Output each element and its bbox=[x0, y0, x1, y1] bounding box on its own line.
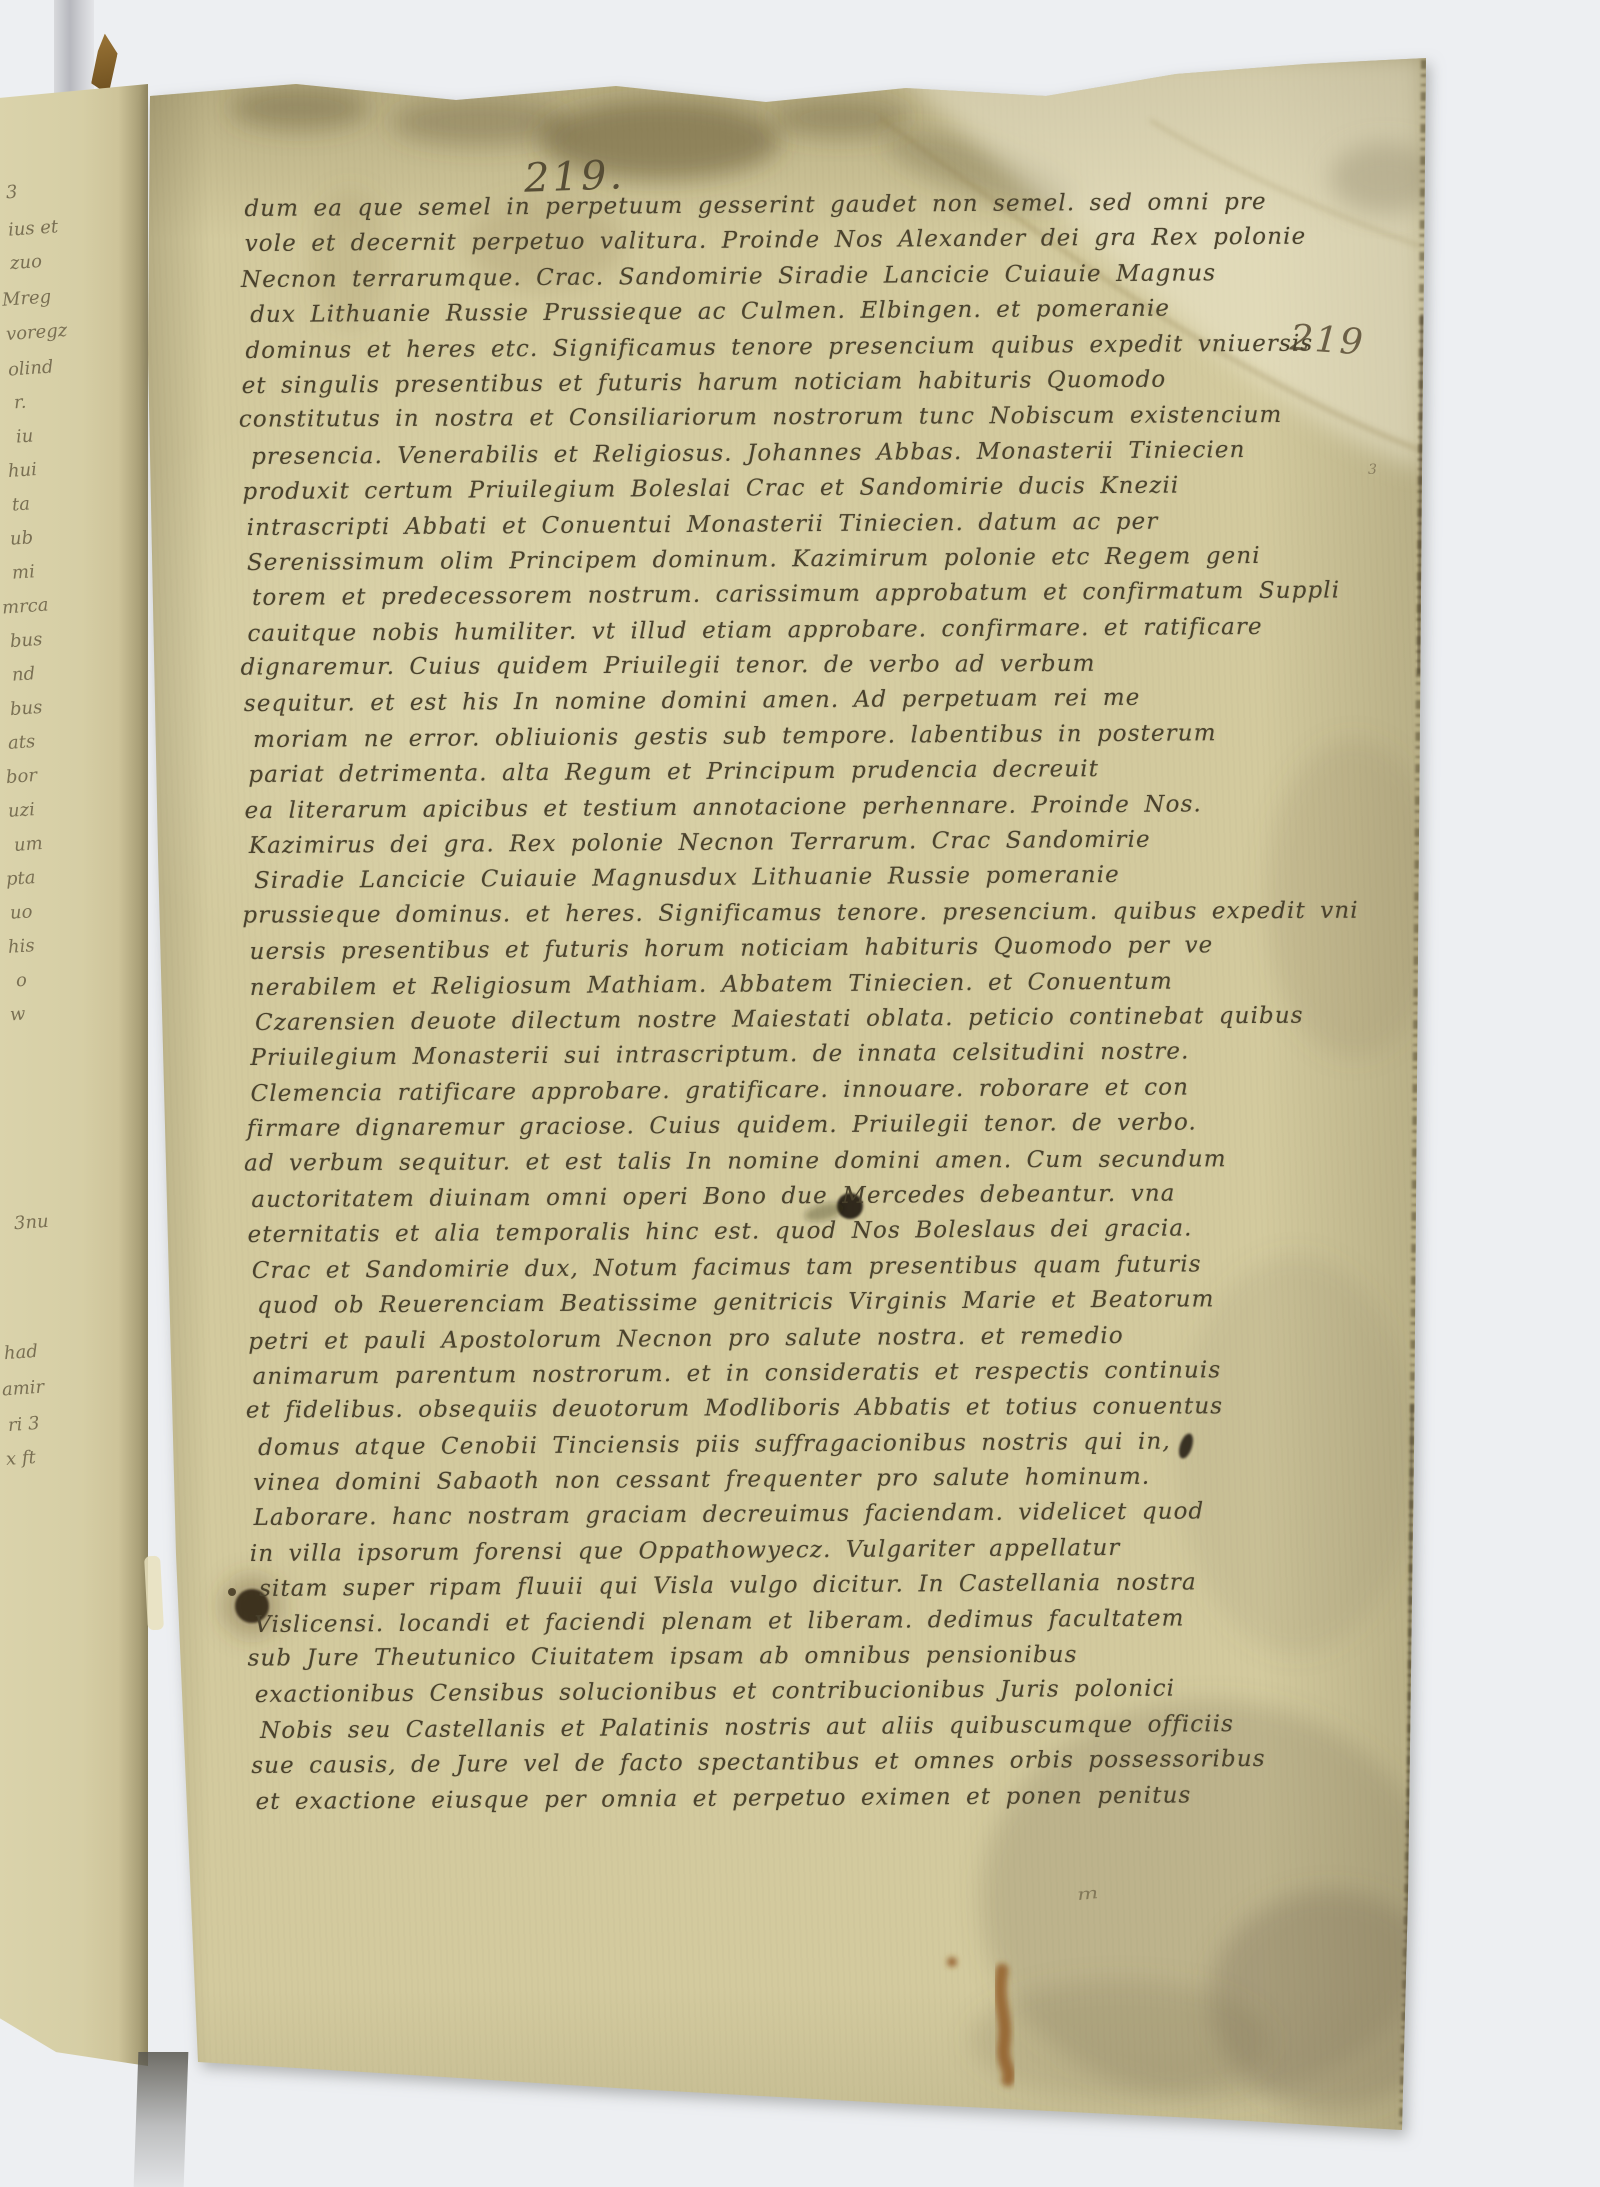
text-line: prussieque dominus. et heres. Significam… bbox=[242, 897, 1392, 937]
manuscript-scan: 3ius etzuoMregvoregzolindr.iuhuitaubmimr… bbox=[0, 0, 1600, 2187]
text-line: firmare dignaremur graciose. Cuius quide… bbox=[247, 1108, 1397, 1151]
pen-squiggle-mark: m bbox=[1076, 1883, 1099, 1904]
manuscript-page: 219. 219 3 m dum ea que semel in perpetu… bbox=[146, 54, 1428, 2134]
page-wrapper: 219. 219 3 m dum ea que semel in perpetu… bbox=[0, 0, 1600, 2187]
text-block: dum ea que semel in perpetuum gesserint … bbox=[244, 188, 1405, 1824]
rust-stain bbox=[947, 1957, 1009, 2080]
text-line: sub Jure Theutunico Ciuitatem ipsam ab o… bbox=[247, 1641, 1397, 1681]
text-line: ad verbum sequitur. et est talis In nomi… bbox=[244, 1145, 1394, 1185]
